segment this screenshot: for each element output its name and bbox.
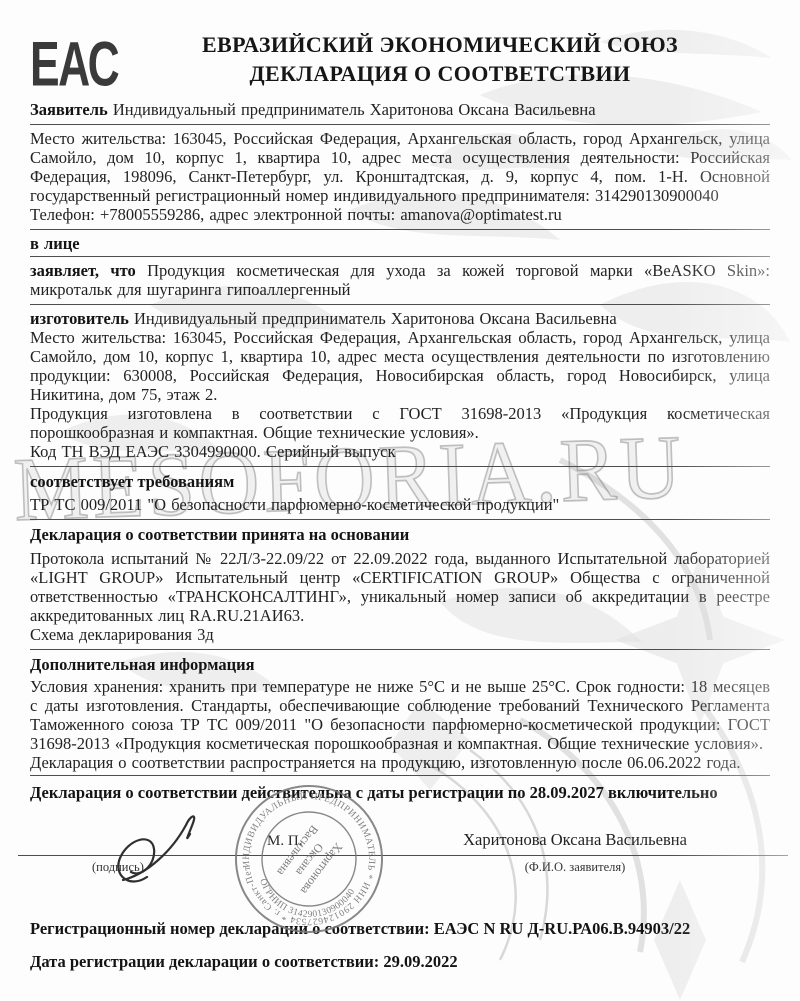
basis-block: Протокола испытаний № 22Л/3-22.09/22 от …: [30, 545, 770, 650]
complies-text: ТР ТС 009/2011 "О безопасности парфюмерн…: [30, 492, 770, 520]
handwritten-signature: [85, 803, 225, 895]
manufacturer-label: изготовитель: [30, 309, 129, 328]
validity-text: Декларация о соответствии действительна …: [30, 776, 770, 803]
manufacturer-name: Индивидуальный предприниматель Харитонов…: [134, 309, 617, 328]
applicant-label: Заявитель: [30, 100, 108, 119]
title-line-1: ЕВРАЗИЙСКИЙ ЭКОНОМИЧЕСКИЙ СОЮЗ: [110, 30, 770, 59]
declares-label: заявляет, что: [30, 261, 136, 280]
additional-block: Условия хранения: хранить при температур…: [30, 675, 770, 776]
company-stamp: ИНДИВИДУАЛЬНЫЙ ПРЕДПРИНИМАТЕЛЬ * ИНН 290…: [223, 773, 395, 945]
registration-date-label: Дата регистрации декларации о соответств…: [30, 952, 379, 971]
in-person-label: в лице: [30, 234, 80, 253]
eac-logo: ЕАС: [30, 32, 89, 97]
complies-heading: соответствует требованиям: [30, 467, 770, 492]
document-title: ЕВРАЗИЙСКИЙ ЭКОНОМИЧЕСКИЙ СОЮЗ ДЕКЛАРАЦИ…: [110, 30, 770, 88]
stamp-owner-name: Харитонова Оксана Васильевна: [274, 822, 346, 898]
applicant-address: Место жительства: 163045, Российская Фед…: [30, 129, 770, 205]
registration-number-row: Регистрационный номер декларации о соотв…: [30, 919, 770, 939]
applicant-address-block: Место жительства: 163045, Российская Фед…: [30, 125, 770, 230]
registration-date-value: 29.09.2022: [383, 952, 457, 971]
basis-text: Протокола испытаний № 22Л/3-22.09/22 от …: [30, 549, 770, 625]
declares-block: заявляет, что Продукция косметическая дл…: [30, 257, 770, 305]
manufacturer-address: Место жительства: 163045, Российская Фед…: [30, 328, 770, 404]
basis-heading: Декларация о соответствии принята на осн…: [30, 520, 770, 545]
additional-heading: Дополнительная информация: [30, 650, 770, 675]
manufacturer-row: изготовитель Индивидуальный предпринимат…: [30, 309, 770, 328]
in-person-row: в лице: [30, 230, 770, 257]
tnved-text: Код ТН ВЭД ЕАЭС 3304990000. Серийный вып…: [30, 442, 770, 461]
additional-text: Условия хранения: хранить при температур…: [30, 677, 770, 753]
registration-date-row: Дата регистрации декларации о соответств…: [30, 952, 770, 972]
declaration-document: { "page": { "logo_text": "ЕАС", "title_l…: [0, 0, 800, 1001]
registration-number-value: ЕАЭС N RU Д-RU.РА06.В.94903/22: [434, 919, 691, 938]
title-line-2: ДЕКЛАРАЦИЯ О СООТВЕТСТВИИ: [110, 59, 770, 88]
applicant-contacts: Телефон: +78005559286, адрес электронной…: [30, 205, 770, 224]
scheme-text: Схема декларирования 3д: [30, 625, 770, 644]
applicant-row: Заявитель Индивидуальный предприниматель…: [30, 100, 770, 125]
gost-text: Продукция изготовлена в соответствии с Г…: [30, 404, 770, 442]
signature-area: (подпись) Харитонова Оксана Васильевна (…: [30, 803, 770, 913]
applicant-signature-name: Харитонова Оксана Васильевна: [410, 830, 740, 850]
applicant-name: Индивидуальный предприниматель Харитонов…: [113, 100, 596, 119]
document-content: ЕАС ЕВРАЗИЙСКИЙ ЭКОНОМИЧЕСКИЙ СОЮЗ ДЕКЛА…: [0, 0, 800, 972]
fio-caption: (Ф.И.О. заявителя): [410, 860, 740, 875]
declares-text: Продукция косметическая для ухода за кож…: [30, 261, 770, 299]
additional-text-2: Декларация о соответствии распространяет…: [30, 753, 770, 772]
manufacturer-block: изготовитель Индивидуальный предпринимат…: [30, 305, 770, 467]
document-header: ЕАС ЕВРАЗИЙСКИЙ ЭКОНОМИЧЕСКИЙ СОЮЗ ДЕКЛА…: [30, 26, 770, 94]
